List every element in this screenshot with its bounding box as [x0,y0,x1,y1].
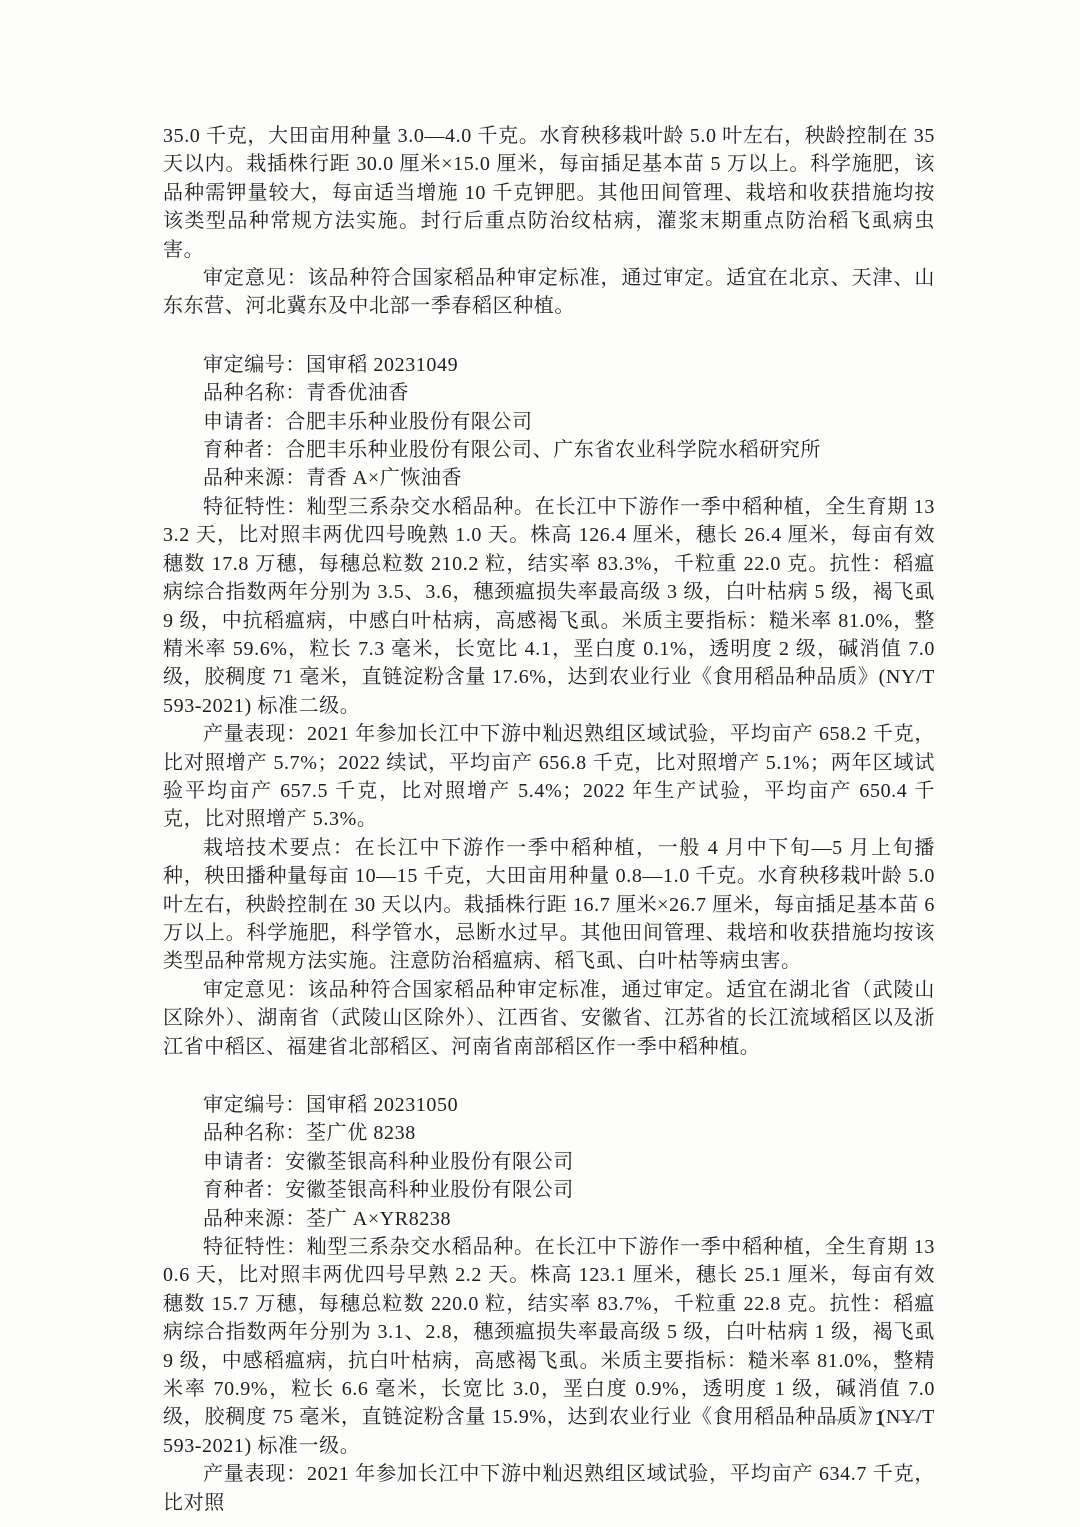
paragraph-breeder-2: 育种者：安徽荃银高科种业股份有限公司 [163,1176,935,1204]
paragraph-variety-origin-1: 品种来源：青香 A×广恢油香 [163,464,935,492]
paragraph-characteristics-1: 特征特性：籼型三系杂交水稻品种。在长江中下游作一季中稻种植，全生育期 133.2… [163,493,935,720]
paragraph-approval-opinion-2: 审定意见：该品种符合国家稻品种审定标准，通过审定。适宜在湖北省（武陵山区除外）、… [163,976,935,1061]
paragraph-variety-name-2: 品种名称：荃广优 8238 [163,1119,935,1147]
footer-left-dash: — [819,1406,862,1430]
paragraph-yield-performance-2: 产量表现：2021 年参加长江中下游中籼迟熟组区域试验，平均亩产 634.7 千… [163,1460,935,1517]
paragraph-variety-origin-2: 品种来源：荃广 A×YR8238 [163,1205,935,1233]
paragraph-certificate-no-1: 审定编号：国审稻 20231049 [163,351,935,379]
paragraph-cultivation-continued: 35.0 千克，大田亩用种量 3.0—4.0 千克。水育秧移栽叶龄 5.0 叶左… [163,122,935,264]
paragraph-applicant-2: 申请者：安徽荃银高科种业股份有限公司 [163,1148,935,1176]
paragraph-yield-performance-1: 产量表现：2021 年参加长江中下游中籼迟熟组区域试验，平均亩产 658.2 千… [163,720,935,834]
paragraph-approval-opinion-1: 审定意见：该品种符合国家稻品种审定标准，通过审定。适宜在北京、天津、山东东营、河… [163,264,935,321]
paragraph-variety-name-1: 品种名称：青香优油香 [163,379,935,407]
paragraph-applicant-1: 申请者：合肥丰乐种业股份有限公司 [163,408,935,436]
paragraph-certificate-no-2: 审定编号：国审稻 20231050 [163,1091,935,1119]
paragraph-cultivation-techniques-1: 栽培技术要点：在长江中下游作一季中稻种植，一般 4 月中下旬—5 月上旬播种，秧… [163,834,935,976]
footer-right-dash: — [887,1406,930,1430]
document-page: 35.0 千克，大田亩用种量 3.0—4.0 千克。水育秧移栽叶龄 5.0 叶左… [0,0,1080,1527]
page-number: 71 [862,1406,887,1430]
document-text-block: 35.0 千克，大田亩用种量 3.0—4.0 千克。水育秧移栽叶龄 5.0 叶左… [163,122,935,1517]
page-footer: —71— [819,1406,930,1431]
paragraph-breeder-1: 育种者：合肥丰乐种业股份有限公司、广东省农业科学院水稻研究所 [163,436,935,464]
